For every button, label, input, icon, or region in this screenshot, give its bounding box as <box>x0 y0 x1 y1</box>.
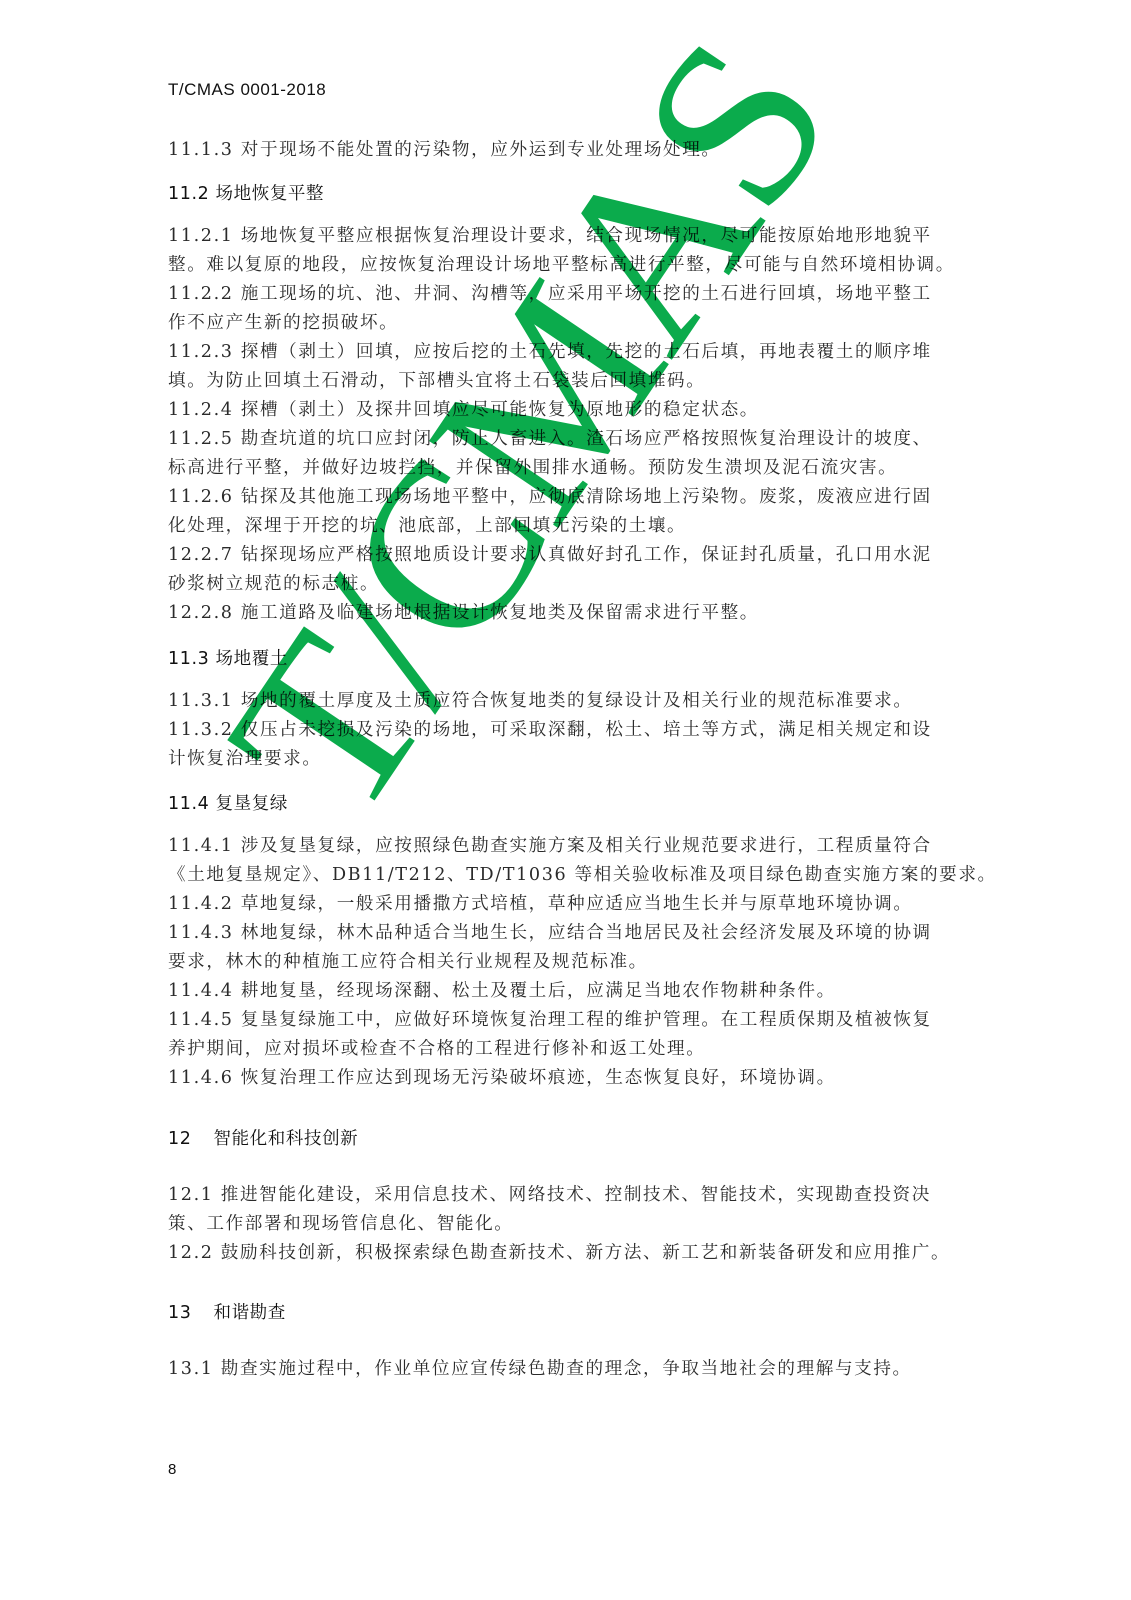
clause-11-4-2: 11.4.2 草地复绿，一般采用播撒方式培植，草种应适应当地生长并与原草地环境协… <box>168 890 913 919</box>
clause-12-2-7-line1: 12.2.7 钻探现场应严格按照地质设计要求认真做好封孔工作，保证封孔质量，孔口… <box>168 541 932 570</box>
clause-11-2-4: 11.2.4 探槽（剥土）及探井回填应尽可能恢复为原地形的稳定状态。 <box>168 396 759 425</box>
clause-11-4-5-line2: 养护期间，应对损坏或检查不合格的工程进行修补和返工处理。 <box>168 1035 705 1064</box>
section-heading-11-4: 11.4 复垦复绿 <box>168 790 288 815</box>
section-heading-11-3: 11.3 场地覆土 <box>168 645 288 670</box>
clause-11-2-2-line1: 11.2.2 施工现场的坑、池、井洞、沟槽等，应采用平场开挖的土石进行回填，场地… <box>168 280 932 309</box>
clause-11-4-6: 11.4.6 恢复治理工作应达到现场无污染破坏痕迹，生态恢复良好，环境协调。 <box>168 1064 836 1093</box>
chapter-title: 智能化和科技创新 <box>213 1129 358 1149</box>
clause-11-4-5-line1: 11.4.5 复垦复绿施工中，应做好环境恢复治理工程的维护管理。在工程质保期及植… <box>168 1006 932 1035</box>
clause-11-3-1: 11.3.1 场地的覆土厚度及土质应符合恢复地类的复绿设计及相关行业的规范标准要… <box>168 687 913 716</box>
clause-11-1-3: 11.1.3 对于现场不能处置的污染物，应外运到专业处理场处理。 <box>168 136 721 165</box>
chapter-title: 和谐勘查 <box>213 1303 285 1323</box>
page-number: 8 <box>168 1461 176 1478</box>
clause-12-1-line1: 12.1 推进智能化建设，采用信息技术、网络技术、控制技术、智能技术，实现勘查投… <box>168 1181 931 1210</box>
clause-13-1: 13.1 勘查实施过程中，作业单位应宣传绿色勘查的理念，争取当地社会的理解与支持… <box>168 1355 912 1384</box>
clause-12-2-8: 12.2.8 施工道路及临建场地根据设计恢复地类及保留需求进行平整。 <box>168 599 759 628</box>
clause-11-2-1-line1: 11.2.1 场地恢复平整应根据恢复治理设计要求，结合现场情况，尽可能按原始地形… <box>168 222 932 251</box>
section-heading-11-2: 11.2 场地恢复平整 <box>168 180 324 205</box>
clause-11-2-3-line2: 填。为防止回填土石滑动，下部槽头宜将土石袋装后回填堆码。 <box>168 367 705 396</box>
clause-11-3-2-line2: 计恢复治理要求。 <box>168 745 322 774</box>
chapter-number: 13 <box>168 1303 191 1323</box>
clause-11-2-5-line1: 11.2.5 勘查坑道的坑口应封闭，防止人畜进入。渣石场应严格按照恢复治理设计的… <box>168 425 932 454</box>
standard-code-header: T/CMAS 0001-2018 <box>168 80 326 100</box>
clause-11-2-1-line2: 整。难以复原的地段，应按恢复治理设计场地平整标高进行平整，尽可能与自然环境相协调… <box>168 251 955 280</box>
clause-11-4-3-line2: 要求，林木的种植施工应符合相关行业规程及规范标准。 <box>168 948 648 977</box>
clause-12-2: 12.2 鼓励科技创新，积极探索绿色勘查新技术、新方法、新工艺和新装备研发和应用… <box>168 1239 950 1268</box>
clause-11-2-6-line1: 11.2.6 钻探及其他施工现场场地平整中，应彻底清除场地上污染物。废浆，废液应… <box>168 483 932 512</box>
clause-11-2-2-line2: 作不应产生新的挖损破坏。 <box>168 309 398 338</box>
clause-11-2-3-line1: 11.2.3 探槽（剥土）回填，应按后挖的土石先填，先挖的土石后填，再地表覆土的… <box>168 338 932 367</box>
clause-11-2-6-line2: 化处理，深埋于开挖的坑、池底部，上部回填无污染的土壤。 <box>168 512 686 541</box>
clause-12-1-line2: 策、工作部署和现场管信息化、智能化。 <box>168 1210 514 1239</box>
clause-11-3-2-line1: 11.3.2 仅压占未挖损及污染的场地，可采取深翻，松土、培土等方式，满足相关规… <box>168 716 932 745</box>
clause-11-2-5-line2: 标高进行平整，并做好边坡拦挡，并保留外围排水通畅。预防发生溃坝及泥石流灾害。 <box>168 454 897 483</box>
clause-11-4-4: 11.4.4 耕地复垦，经现场深翻、松土及覆土后，应满足当地农作物耕种条件。 <box>168 977 836 1006</box>
chapter-number: 12 <box>168 1129 191 1149</box>
chapter-heading-13: 13和谐勘查 <box>168 1299 286 1324</box>
clause-12-2-7-line2: 砂浆树立规范的标志桩。 <box>168 570 379 599</box>
clause-11-4-1-line1: 11.4.1 涉及复垦复绿，应按照绿色勘查实施方案及相关行业规范要求进行，工程质… <box>168 832 932 861</box>
document-page: T/CMAS 0001-2018 11.1.3 对于现场不能处置的污染物，应外运… <box>0 0 1131 1600</box>
chapter-heading-12: 12智能化和科技创新 <box>168 1125 358 1150</box>
clause-11-4-3-line1: 11.4.3 林地复绿，林木品种适合当地生长，应结合当地居民及社会经济发展及环境… <box>168 919 932 948</box>
clause-11-4-1-line2: 《土地复垦规定》、DB11/T212、TD/T1036 等相关验收标准及项目绿色… <box>168 861 997 890</box>
